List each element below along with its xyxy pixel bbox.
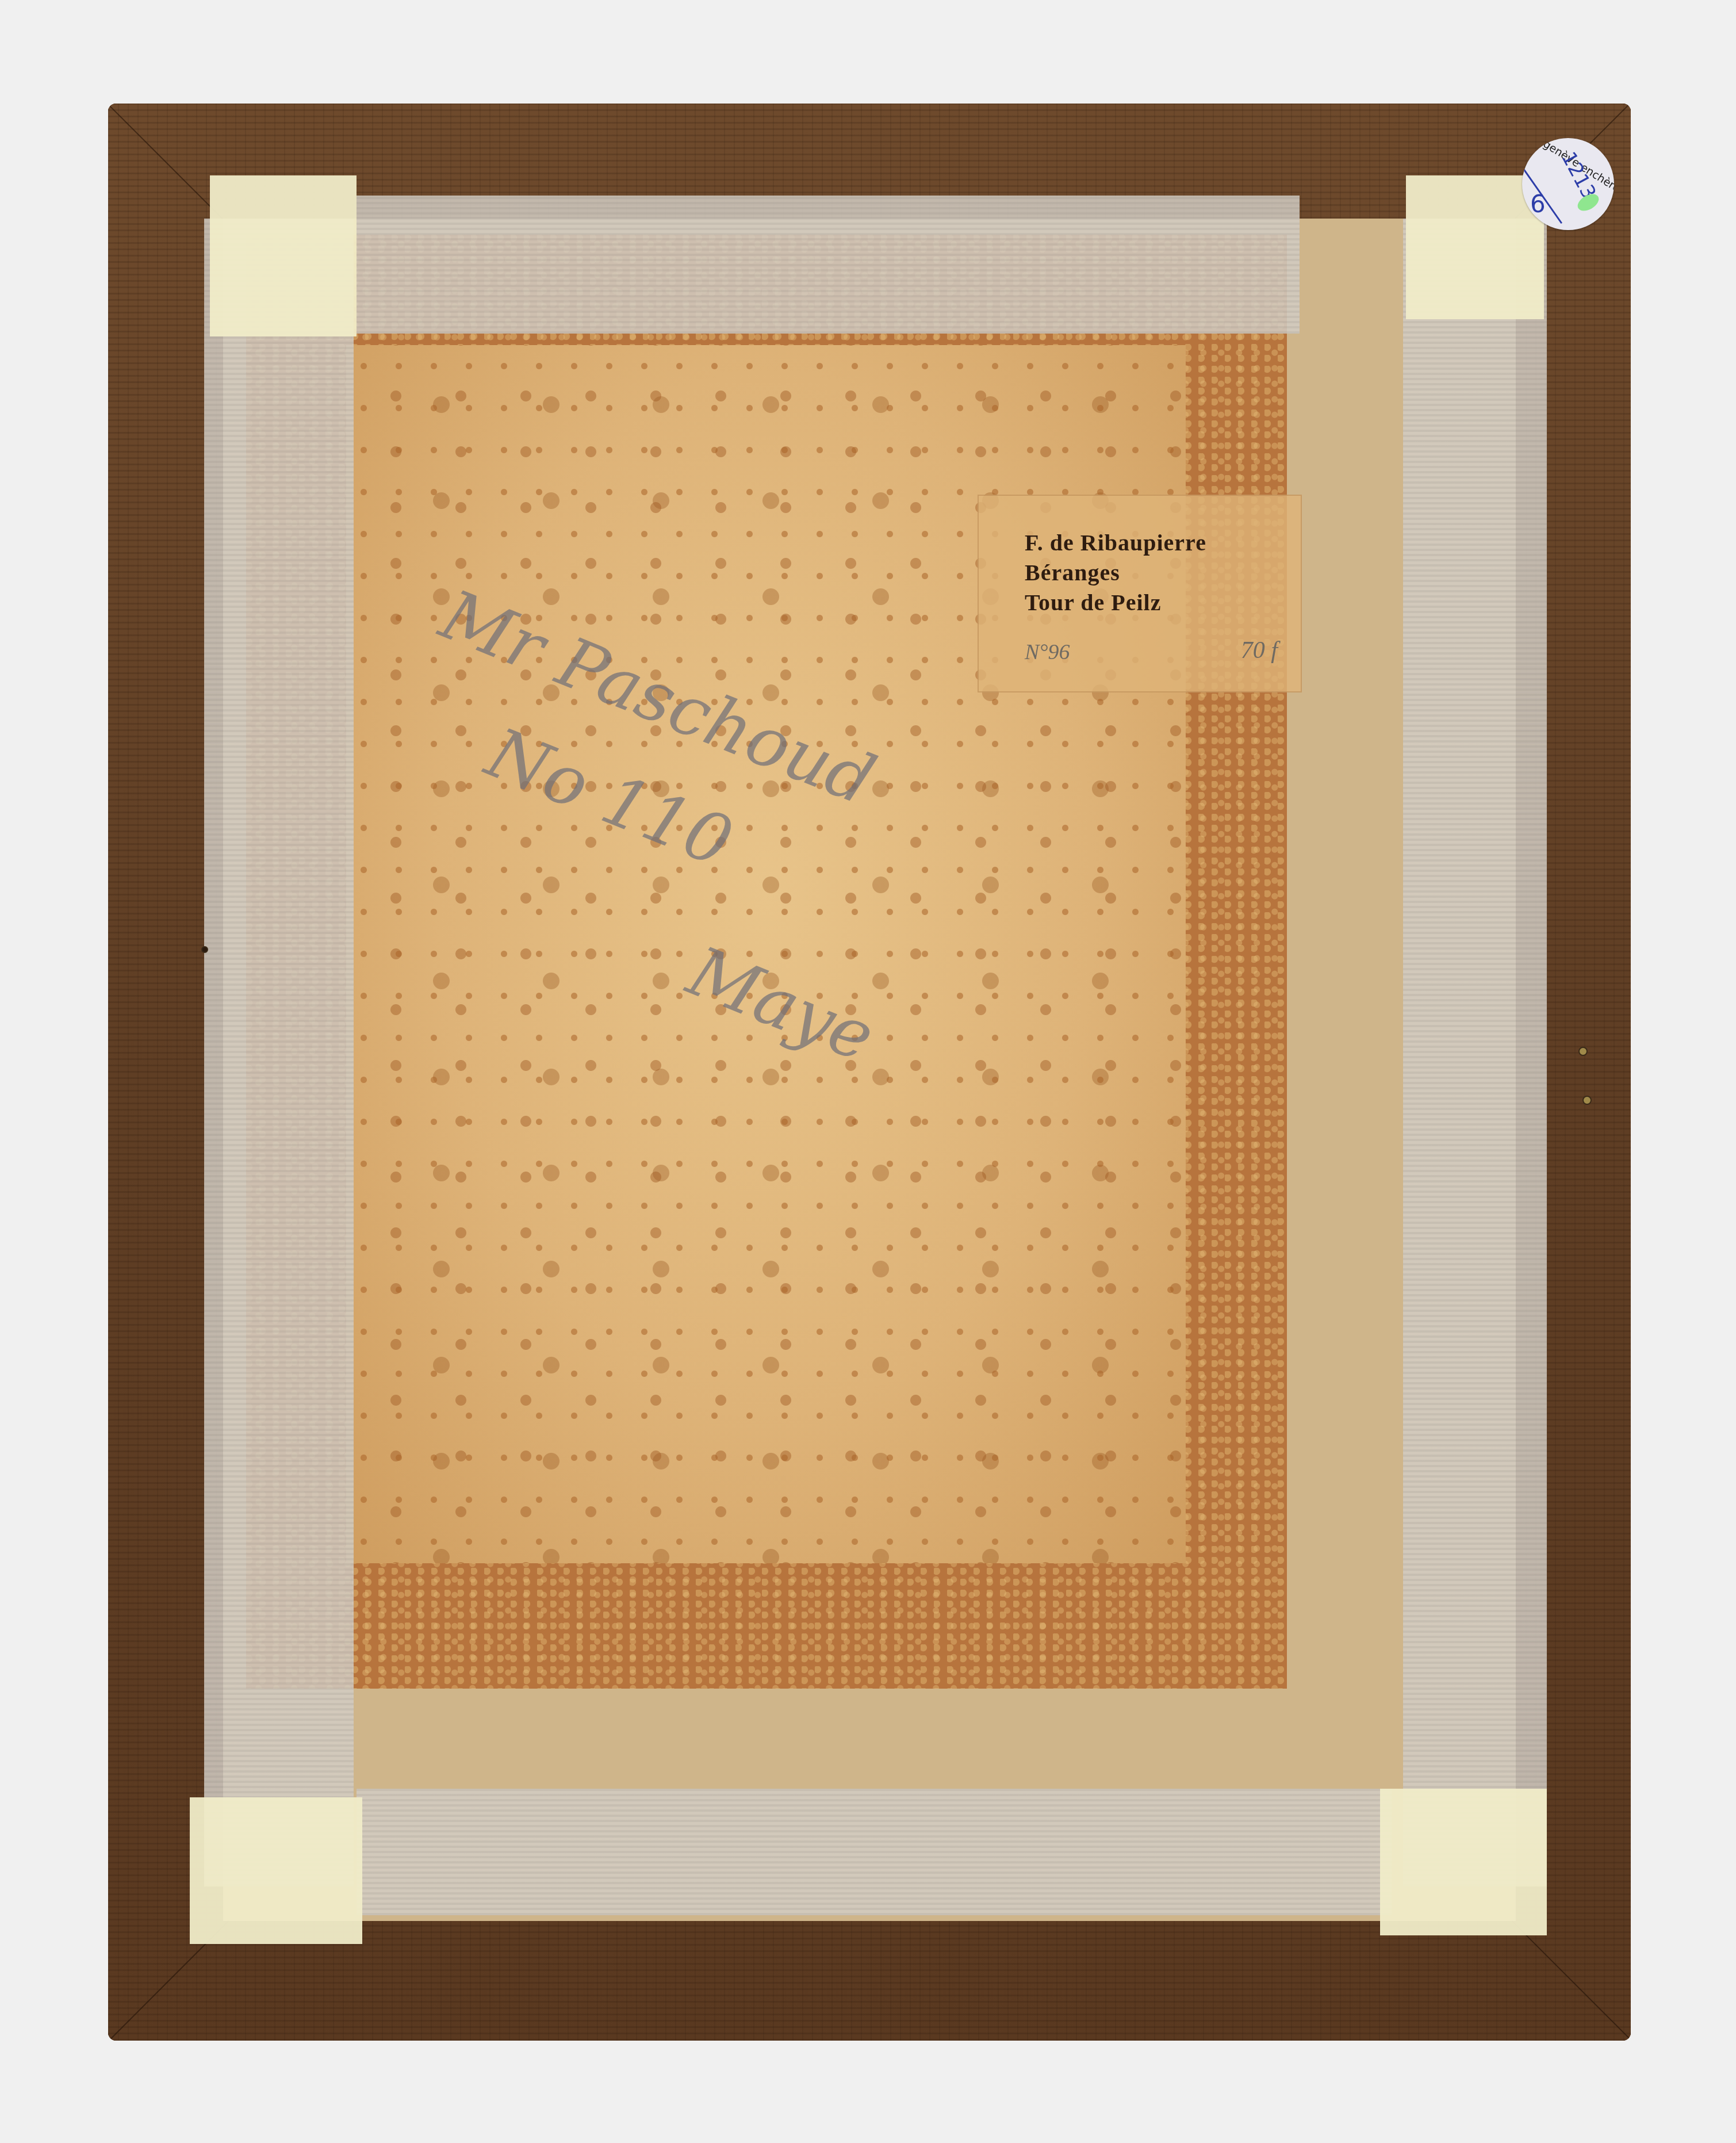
nail-hole-icon (201, 946, 208, 953)
tape-corner-top-left (210, 175, 357, 336)
nail-icon (1582, 1096, 1592, 1105)
stamp-town: Tour de Peilz (1025, 589, 1161, 616)
owner-stamp-label: F. de Ribaupierre Béranges Tour de Peilz… (978, 495, 1302, 692)
auction-sticker: genève enchères 1213 6 (1522, 138, 1614, 230)
tape-top (357, 196, 1300, 334)
sticker-lot-number: 6 (1530, 190, 1546, 218)
label-price: 70 f (1241, 637, 1278, 664)
stamp-location: Béranges (1025, 559, 1120, 586)
tape-left (204, 219, 354, 1886)
nail-icon (1578, 1047, 1588, 1056)
tape-corner-bottom-right (1380, 1789, 1547, 1935)
stamp-name: F. de Ribaupierre (1025, 529, 1206, 556)
label-number: N°96 (1025, 640, 1070, 665)
tape-corner-top-right (1406, 175, 1544, 319)
tape-corner-bottom-left (190, 1797, 362, 1944)
tape-bottom (357, 1789, 1392, 1915)
tape-right (1403, 219, 1547, 1886)
